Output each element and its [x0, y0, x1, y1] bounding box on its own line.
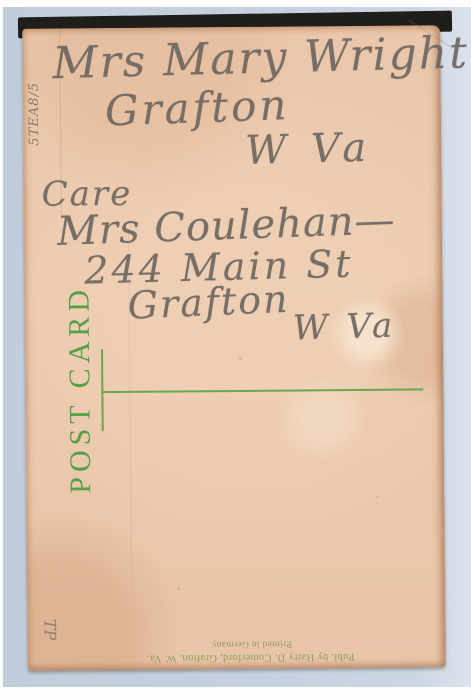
divider-line-horizontal — [101, 388, 423, 393]
pencil-corner-mark: TP — [39, 610, 59, 650]
postcard-back: POST CARD Mrs Mary Wright Grafton W Va C… — [22, 25, 446, 671]
scanned-postcard-photo: POST CARD Mrs Mary Wright Grafton W Va C… — [0, 0, 471, 700]
handwritten-care-city: Grafton — [127, 277, 291, 328]
paper-speckle — [177, 587, 180, 589]
handwritten-recipient-name: Mrs Mary Wright — [52, 27, 470, 89]
publisher-imprint: Publ. by Harry D. Comerford, Grafton, W.… — [111, 637, 391, 665]
paper-speckle — [376, 496, 378, 498]
handwritten-recipient-state: W Va — [245, 125, 373, 174]
post-card-heading: POST CARD — [62, 279, 100, 499]
handwritten-care-state: W Va — [292, 306, 396, 349]
publisher-line: Publ. by Harry D. Comerford, Grafton, W.… — [111, 649, 391, 665]
paper-speckle — [239, 357, 242, 360]
pencil-edge-code: 5TEA8/5 — [26, 58, 45, 170]
